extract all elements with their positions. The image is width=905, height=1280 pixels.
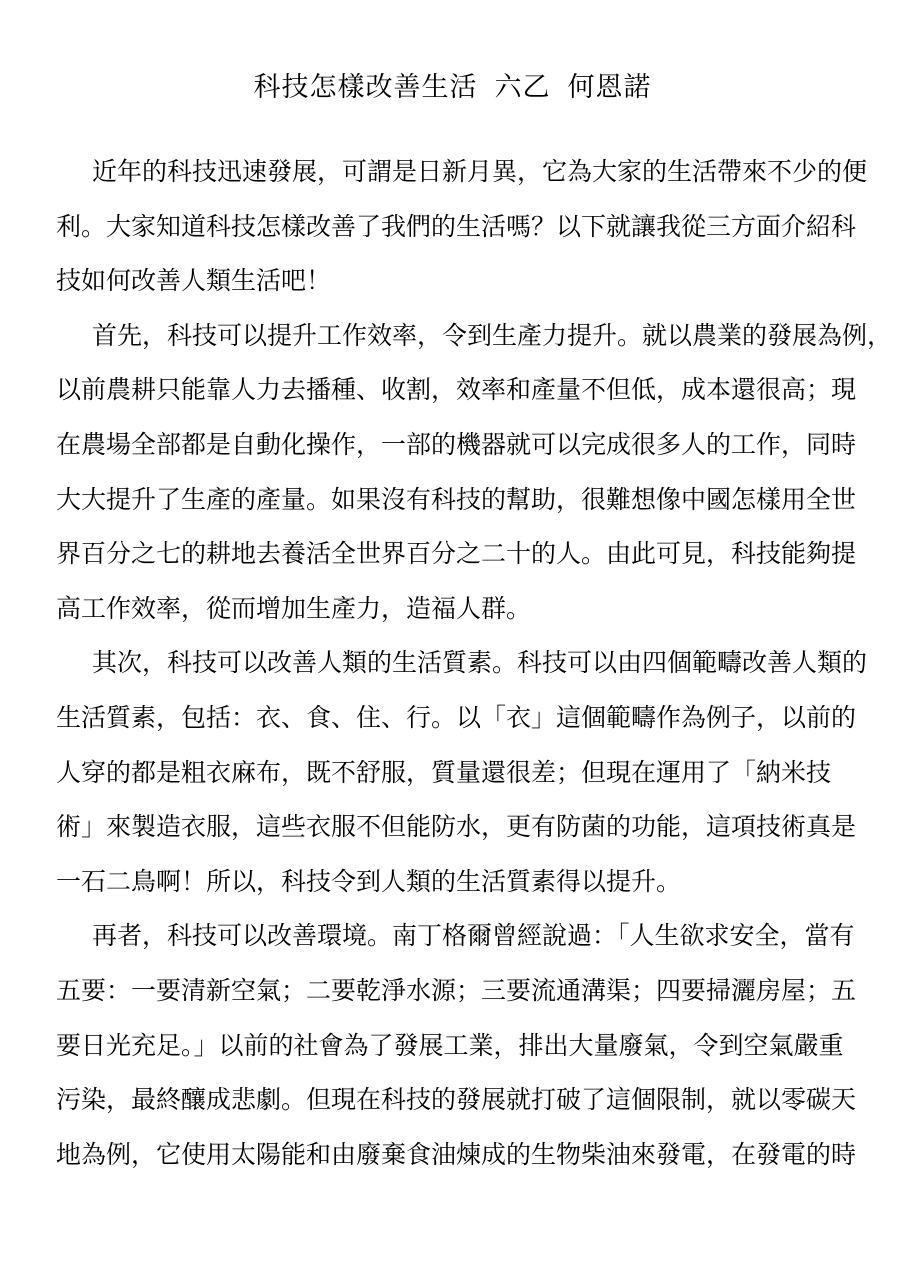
essay-page: 科技怎樣改善生活 六乙 何恩諾 近年的科技迅速發展，可謂是日新月異，它為大家的生… [0, 0, 905, 1280]
text-line: 生活質素，包括：衣、食、住、行。以「衣」這個範疇作為例子，以前的 [56, 691, 875, 746]
text-line: 技如何改善人類生活吧！ [56, 254, 875, 309]
text-line: 地為例，它使用太陽能和由廢棄食油煉成的生物柴油來發電，在發電的時 [56, 1128, 875, 1183]
text-line: 大大提升了生產的產量。如果沒有科技的幫助，很難想像中國怎樣用全世 [56, 473, 875, 528]
text-line: 污染，最終釀成悲劇。但現在科技的發展就打破了這個限制，就以零碳天 [56, 1073, 875, 1128]
text-line: 首先，科技可以提升工作效率，令到生產力提升。就以農業的發展為例， [56, 309, 875, 364]
text-line: 要日光充足。」以前的社會為了發展工業，排出大量廢氣，令到空氣嚴重 [56, 1019, 875, 1074]
text-line: 一石二鳥啊！所以，科技令到人類的生活質素得以提升。 [56, 855, 875, 910]
text-line: 在農場全部都是自動化操作，一部的機器就可以完成很多人的工作，同時 [56, 418, 875, 473]
text-line: 其次，科技可以改善人類的生活質素。科技可以由四個範疇改善人類的 [56, 636, 875, 691]
text-line: 利。大家知道科技怎樣改善了我們的生活嗎？以下就讓我從三方面介紹科 [56, 200, 875, 255]
text-line: 近年的科技迅速發展，可謂是日新月異，它為大家的生活帶來不少的便 [56, 145, 875, 200]
text-line: 人穿的都是粗衣麻布，既不舒服，質量還很差；但現在運用了「納米技 [56, 746, 875, 801]
text-line: 術」來製造衣服，這些衣服不但能防水，更有防菌的功能，這項技術真是 [56, 800, 875, 855]
text-line: 高工作效率，從而增加生產力，造福人群。 [56, 582, 875, 637]
essay-body: 近年的科技迅速發展，可謂是日新月異，它為大家的生活帶來不少的便利。大家知道科技怎… [0, 145, 905, 1182]
document-title: 科技怎樣改善生活 六乙 何恩諾 [0, 0, 905, 101]
text-line: 再者，科技可以改善環境。南丁格爾曾經說過：「人生欲求安全，當有 [56, 909, 875, 964]
text-line: 以前農耕只能靠人力去播種、收割，效率和產量不但低，成本還很高；現 [56, 363, 875, 418]
text-line: 五要：一要清新空氣；二要乾淨水源；三要流通溝渠；四要掃灑房屋；五 [56, 964, 875, 1019]
text-line: 界百分之七的耕地去養活全世界百分之二十的人。由此可見，科技能夠提 [56, 527, 875, 582]
